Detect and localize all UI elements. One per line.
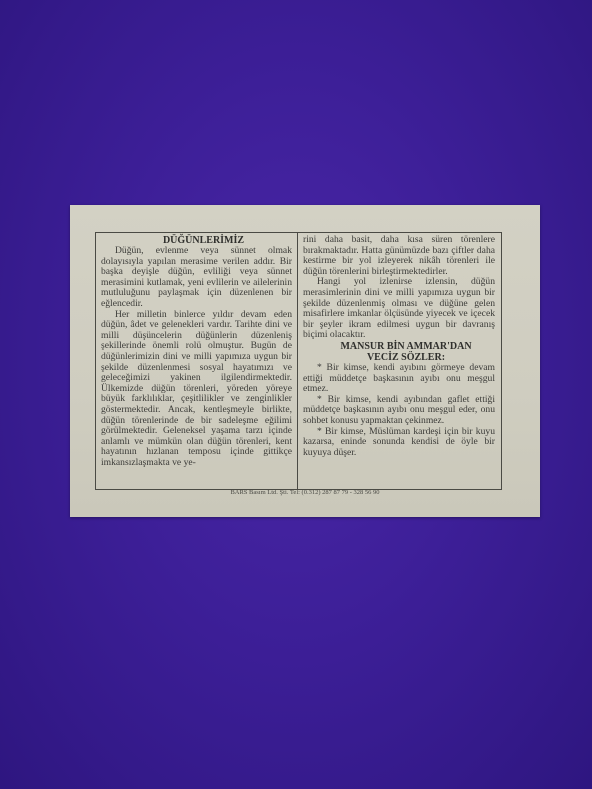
- quote: * Bir kimse, kendi ayıbından gaflet etti…: [303, 395, 495, 427]
- paragraph: Hangi yol izlenirse izlensin, düğün mera…: [303, 277, 495, 341]
- paragraph: Her milletin binlerce yıldır devam eden …: [101, 310, 292, 469]
- paragraph-continuation: rini daha basit, daha kısa süren törenle…: [303, 235, 495, 277]
- left-column: DÜĞÜNLERİMİZ Düğün, evlenme veya sünnet …: [96, 233, 298, 489]
- quote: * Bir kimse, kendi ayıbını görmeye devam…: [303, 363, 495, 395]
- text-frame: DÜĞÜNLERİMİZ Düğün, evlenme veya sünnet …: [95, 232, 502, 490]
- quotes-title-line1: MANSUR BİN AMMAR'DAN: [303, 341, 495, 352]
- paragraph: Düğün, evlenme veya sünnet olmak dolayıs…: [101, 246, 292, 310]
- quote: * Bir kimse, Müslüman kardeşi için bir k…: [303, 427, 495, 459]
- printer-footer: BARS Basım Ltd. Şti. Tel: (0.312) 287 87…: [70, 489, 540, 496]
- right-column: rini daha basit, daha kısa süren törenle…: [298, 233, 500, 489]
- calendar-leaf-paper: DÜĞÜNLERİMİZ Düğün, evlenme veya sünnet …: [70, 205, 540, 517]
